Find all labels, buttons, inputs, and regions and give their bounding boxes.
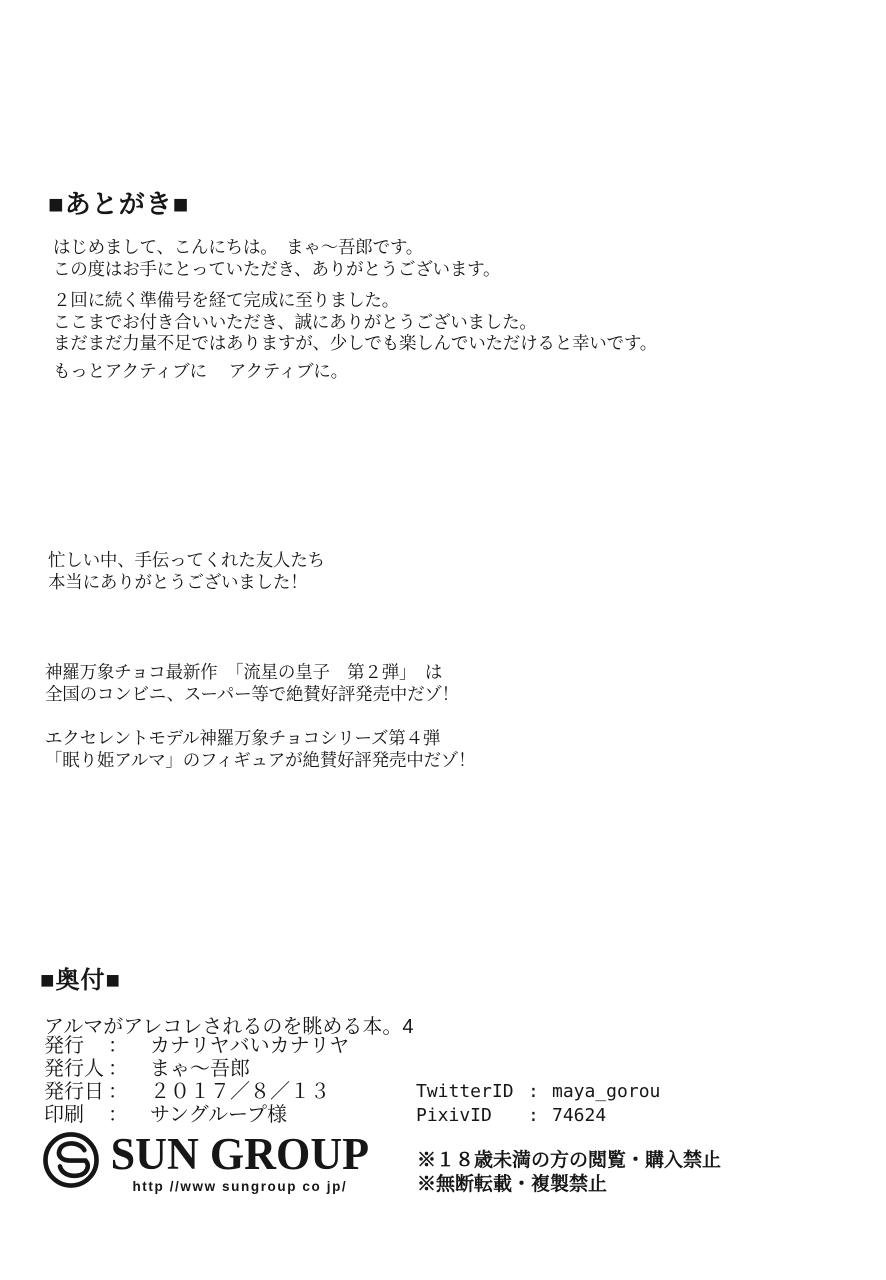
text-line: はじめまして、こんにちは。 まゃ～吾郎です。 <box>53 237 500 259</box>
text-line: 神羅万象チョコ最新作 「流星の皇子 第２弾」 は <box>45 661 459 683</box>
publication-row: 発行人 ： まゃ～吾郎 <box>44 1058 349 1081</box>
id-label: TwitterID <box>416 1080 528 1104</box>
publication-value: まゃ～吾郎 <box>150 1058 349 1081</box>
id-label: PixivID <box>416 1104 528 1128</box>
id-value: 74624 <box>552 1104 660 1128</box>
colophon-title: ■奥付■ <box>40 960 121 995</box>
publication-colon: ： <box>108 1058 150 1081</box>
publication-label: 発行日 <box>44 1081 108 1104</box>
text-line: ここまでお付き合いいただき、誠にありがとうございました。 <box>53 312 657 334</box>
publication-colon: ： <box>108 1081 150 1104</box>
no-reproduction-notice: ※無断転載・複製禁止 <box>417 1173 721 1197</box>
age-restriction-notice: ※１８歳未満の方の閲覧・購入禁止 <box>417 1149 721 1173</box>
pixiv-id-row: PixivID : 74624 <box>416 1104 660 1128</box>
printer-url: http //www sungroup co jp/ <box>132 1179 347 1194</box>
text-line: まだまだ力量不足ではありますが、少しでも楽しんでいただけると幸いです。 <box>53 333 657 355</box>
publication-label: 印刷 <box>44 1104 108 1127</box>
publication-value: サングループ様 <box>150 1104 349 1127</box>
publication-colon: ： <box>108 1104 150 1127</box>
text-line: 本当にありがとうございました！ <box>48 571 325 593</box>
publication-info: 発行 ： カナリヤバいカナリヤ 発行人 ： まゃ～吾郎 発行日 ： ２０１７／８… <box>44 1035 349 1127</box>
publication-label: 発行 <box>44 1035 108 1058</box>
printer-name: SUN GROUP <box>111 1130 369 1178</box>
text-line: エクセレントモデル神羅万象チョコシリーズ第４弾 <box>45 727 475 749</box>
author-ids: TwitterID : maya_gorou PixivID : 74624 <box>416 1080 660 1127</box>
publication-label: 発行人 <box>44 1058 108 1081</box>
text-line: 全国のコンビニ、スーパー等で絶賛好評発売中だゾ！ <box>45 683 459 705</box>
text-line: 「眠り姫アルマ」のフィギュアが絶賛好評発売中だゾ！ <box>45 749 475 771</box>
afterword-motto: もっとアクティブに アクティブに。 <box>53 361 348 383</box>
afterword-intro-paragraph: はじめまして、こんにちは。 まゃ～吾郎です。 この度はお手にとっていただき、あり… <box>53 237 500 280</box>
publication-value: ２０１７／８／１３ <box>150 1081 349 1104</box>
afterword-title: ■あとがき■ <box>48 184 189 221</box>
promo-chocolate-paragraph: 神羅万象チョコ最新作 「流星の皇子 第２弾」 は 全国のコンビニ、スーパー等で絶… <box>45 661 459 705</box>
id-colon: : <box>528 1080 552 1104</box>
id-colon: : <box>528 1104 552 1128</box>
sun-group-logo-text: SUN GROUP http //www sungroup co jp/ <box>108 1130 372 1194</box>
publication-row: 発行 ： カナリヤバいカナリヤ <box>44 1035 349 1058</box>
id-value: maya_gorou <box>552 1080 660 1104</box>
text-line: 忙しい中、手伝ってくれた友人たち <box>48 549 325 571</box>
scanned-afterword-page: ■あとがき■ はじめまして、こんにちは。 まゃ～吾郎です。 この度はお手にとって… <box>0 0 886 1280</box>
publication-value: カナリヤバいカナリヤ <box>150 1035 349 1058</box>
publication-colon: ： <box>108 1035 150 1058</box>
text-line: ２回に続く準備号を経て完成に至りました。 <box>53 290 657 312</box>
publication-row: 発行日 ： ２０１７／８／１３ <box>44 1081 349 1104</box>
sun-group-emblem-icon <box>42 1130 100 1195</box>
promo-figure-paragraph: エクセレントモデル神羅万象チョコシリーズ第４弾 「眠り姫アルマ」のフィギュアが絶… <box>45 727 475 771</box>
sun-group-logo: SUN GROUP http //www sungroup co jp/ <box>42 1130 372 1195</box>
afterword-thanks-paragraph: 忙しい中、手伝ってくれた友人たち 本当にありがとうございました！ <box>48 549 325 593</box>
publication-row: 印刷 ： サングループ様 <box>44 1104 349 1127</box>
twitter-id-row: TwitterID : maya_gorou <box>416 1080 660 1104</box>
text-line: もっとアクティブに アクティブに。 <box>53 361 348 383</box>
text-line: この度はお手にとっていただき、ありがとうございます。 <box>53 259 500 281</box>
afterword-progress-paragraph: ２回に続く準備号を経て完成に至りました。 ここまでお付き合いいただき、誠にありが… <box>53 290 657 355</box>
legal-notices: ※１８歳未満の方の閲覧・購入禁止 ※無断転載・複製禁止 <box>417 1149 721 1197</box>
